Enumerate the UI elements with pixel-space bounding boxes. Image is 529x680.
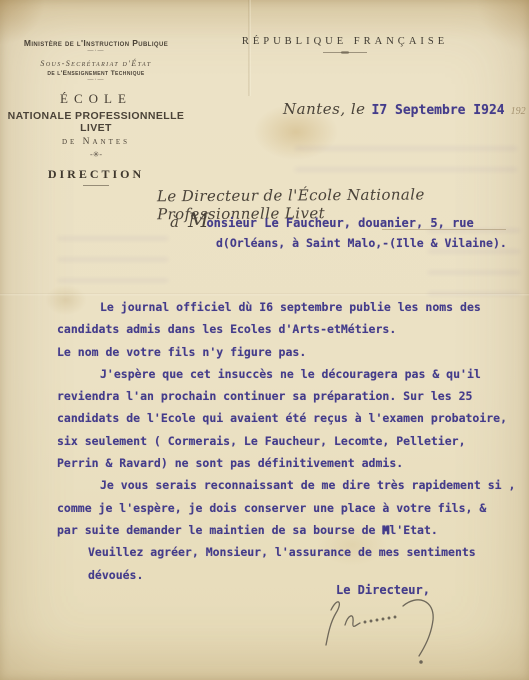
ornament-divider-icon: —·—	[6, 48, 186, 55]
body-line: Le journal officiel dù I6 septembre publ…	[57, 296, 527, 318]
dateline-city: Nantes, le	[283, 100, 366, 118]
body-line: candidats admis dans les Ecoles d'Arts-e…	[57, 318, 527, 340]
school-name-line1: ÉCOLE	[6, 91, 186, 107]
signature-drawing	[315, 592, 465, 672]
addressee-a: à	[170, 213, 179, 231]
address-form-rule	[382, 229, 506, 230]
republique-text: RÉPUBLIQUE FRANÇAISE	[238, 36, 452, 47]
ornament-divider-icon: —·—	[6, 77, 186, 84]
enseignement-line: de l'Enseignement Technique	[6, 70, 186, 77]
body-line: reviendra l'an prochain continuer sa pré…	[57, 385, 527, 407]
school-name-line3: de Nantes	[6, 137, 186, 147]
body-line: Je vous serais reconnaissant de me dire …	[57, 474, 527, 496]
body-line: J'espère que cet insuccès ne le décourag…	[57, 363, 527, 385]
body-line-fragment: par suite demander le maintien de sa bou…	[57, 523, 382, 537]
body-line: Le nom de votre fils n'y figure pas.	[57, 341, 527, 363]
school-name-line2: NATIONALE PROFESSIONNELLE LIVET	[6, 110, 186, 134]
sous-secretariat-line: Sous-Secrétariat d'État	[6, 59, 186, 68]
body-line: par suite demander le maintien de sa bou…	[57, 519, 527, 541]
ornament-star-icon: -✳-	[6, 150, 186, 159]
dateline-form-year: 192	[511, 106, 526, 117]
body-line-fragment: l'Etat.	[389, 523, 437, 537]
body-line: Veuillez agréer, Monsieur, l'assurance d…	[57, 541, 527, 563]
addressee-line1-typed: onsieur Le Faucheur, douanier, 5, rue	[206, 216, 473, 230]
letter-body: Le journal officiel dù I6 septembre publ…	[57, 296, 527, 586]
addressee-line2-typed: d(Orléans, à Saint Malo,-(Ille & Vilaine…	[216, 236, 507, 250]
ink-bleedthrough	[58, 228, 168, 298]
republique-underline	[323, 52, 367, 53]
direction-underline	[83, 185, 109, 186]
body-line: dévoués.	[57, 564, 527, 586]
republique-heading: RÉPUBLIQUE FRANÇAISE	[238, 36, 452, 53]
letter-document: Ministère de l'Instruction Publique —·— …	[0, 0, 529, 680]
dateline: Nantes, le I7 Septembre I924 192	[283, 100, 526, 118]
body-line: candidats de l'Ecole qui avaient été reç…	[57, 407, 527, 429]
ministry-line: Ministère de l'Instruction Publique	[6, 38, 186, 48]
ink-bleedthrough	[295, 138, 517, 186]
body-line: comme je l'espère, je dois conserver une…	[57, 497, 527, 519]
body-line: Perrin & Ravard) ne sont pas définitivem…	[57, 452, 527, 474]
handwritten-signature	[315, 592, 465, 677]
dateline-typed-date: I7 Septembre I924	[372, 103, 505, 118]
body-line: six seulement ( Cormerais, Le Faucheur, …	[57, 430, 527, 452]
letterhead: Ministère de l'Instruction Publique —·— …	[6, 38, 186, 186]
direction-heading: DIRECTION	[6, 167, 186, 182]
